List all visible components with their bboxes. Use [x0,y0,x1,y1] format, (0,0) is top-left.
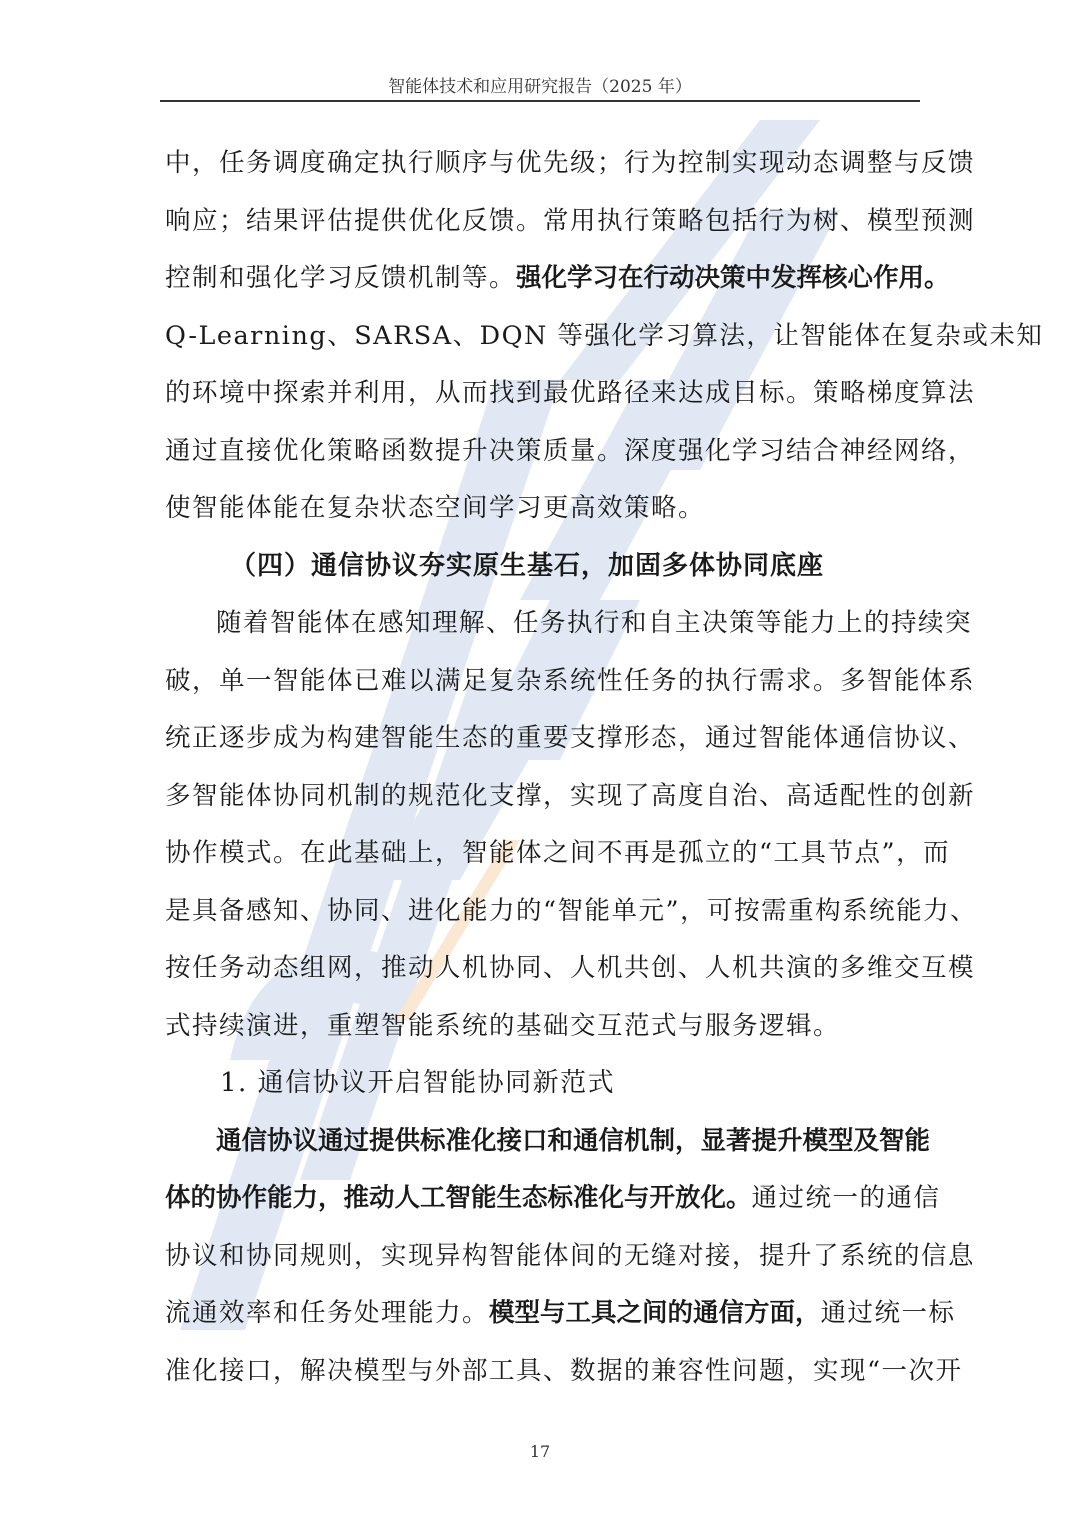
text-segment: 通过统一标 [821,1298,956,1328]
subsection-heading: 1. 通信协议开启智能协同新范式 [165,1055,917,1113]
text-line: 破，单一智能体已难以满足复杂系统性任务的执行需求。多智能体系 [165,653,917,711]
text-segment: 响应；结果评估提供优化反馈。常用执行策略包括行为树、模型预测 [165,206,975,236]
text-line: 使智能体能在复杂状态空间学习更高效策略。 [165,480,917,538]
text-line: 通信协议通过提供标准化接口和通信机制，显著提升模型及智能 [165,1113,917,1171]
text-segment: 的环境中探索并利用，从而找到最优路径来达成目标。策略梯度算法 [165,378,975,408]
text-line: 准化接口，解决模型与外部工具、数据的兼容性问题，实现“一次开 [165,1343,917,1401]
text-line: Q-Learning、SARSA、DQN 等强化学习算法，让智能体在复杂或未知 [165,308,917,366]
text-segment: 控制和强化学习反馈机制等。 [165,263,516,293]
text-segment: 准化接口，解决模型与外部工具、数据的兼容性问题，实现“一次开 [165,1356,963,1386]
document-body: 中，任务调度确定执行顺序与优先级；行为控制实现动态调整与反馈 响应；结果评估提供… [165,135,917,1400]
text-line: 响应；结果评估提供优化反馈。常用执行策略包括行为树、模型预测 [165,193,917,251]
text-line: 统正逐步成为构建智能生态的重要支撑形态，通过智能体通信协议、 [165,710,917,768]
bold-key-sentence: 强化学习在行动决策中发挥核心作用。 [516,263,950,293]
text-line: 协议和协同规则，实现异构智能体间的无缝对接，提升了系统的信息 [165,1228,917,1286]
text-segment: Q-Learning、SARSA、DQN 等强化学习算法，让智能体在复杂或未知 [165,321,1043,351]
text-line: 的环境中探索并利用，从而找到最优路径来达成目标。策略梯度算法 [165,365,917,423]
text-segment: 通过直接优化策略函数提升决策质量。深度强化学习结合神经网络， [165,436,975,466]
section-heading: （四）通信协议夯实原生基石，加固多体协同底座 [165,538,917,596]
bold-key-sentence: 模型与工具之间的通信方面， [489,1298,821,1328]
text-line: 随着智能体在感知理解、任务执行和自主决策等能力上的持续突 [165,595,917,653]
text-segment: 流通效率和任务处理能力。 [165,1298,489,1328]
text-line: 协作模式。在此基础上，智能体之间不再是孤立的“工具节点”，而 [165,825,917,883]
text-line: 控制和强化学习反馈机制等。强化学习在行动决策中发挥核心作用。 [165,250,917,308]
text-line: 通过直接优化策略函数提升决策质量。深度强化学习结合神经网络， [165,423,917,481]
text-line: 是具备感知、协同、进化能力的“智能单元”，可按需重构系统能力、 [165,883,917,941]
text-segment: 协议和协同规则，实现异构智能体间的无缝对接，提升了系统的信息 [165,1241,975,1271]
bold-key-sentence: 体的协作能力，推动人工智能生态标准化与开放化。 [165,1183,752,1213]
text-line: 中，任务调度确定执行顺序与优先级；行为控制实现动态调整与反馈 [165,135,917,193]
text-line: 式持续演进，重塑智能系统的基础交互范式与服务逻辑。 [165,998,917,1056]
text-line: 体的协作能力，推动人工智能生态标准化与开放化。通过统一的通信 [165,1170,917,1228]
text-line: 多智能体协同机制的规范化支撑，实现了高度自治、高适配性的创新 [165,768,917,826]
text-line: 流通效率和任务处理能力。模型与工具之间的通信方面，通过统一标 [165,1285,917,1343]
page-number: 17 [0,1442,1080,1461]
header-rule [160,100,920,102]
text-segment: 通过统一的通信 [752,1183,941,1213]
running-header: 智能体技术和应用研究报告（2025 年） [160,72,920,97]
text-segment: 中，任务调度确定执行顺序与优先级；行为控制实现动态调整与反馈 [165,148,975,178]
text-line: 按任务动态组网，推动人机协同、人机共创、人机共演的多维交互模 [165,940,917,998]
bold-key-sentence: 通信协议通过提供标准化接口和通信机制，显著提升模型及智能 [216,1126,930,1156]
text-segment: 使智能体能在复杂状态空间学习更高效策略。 [165,493,705,523]
